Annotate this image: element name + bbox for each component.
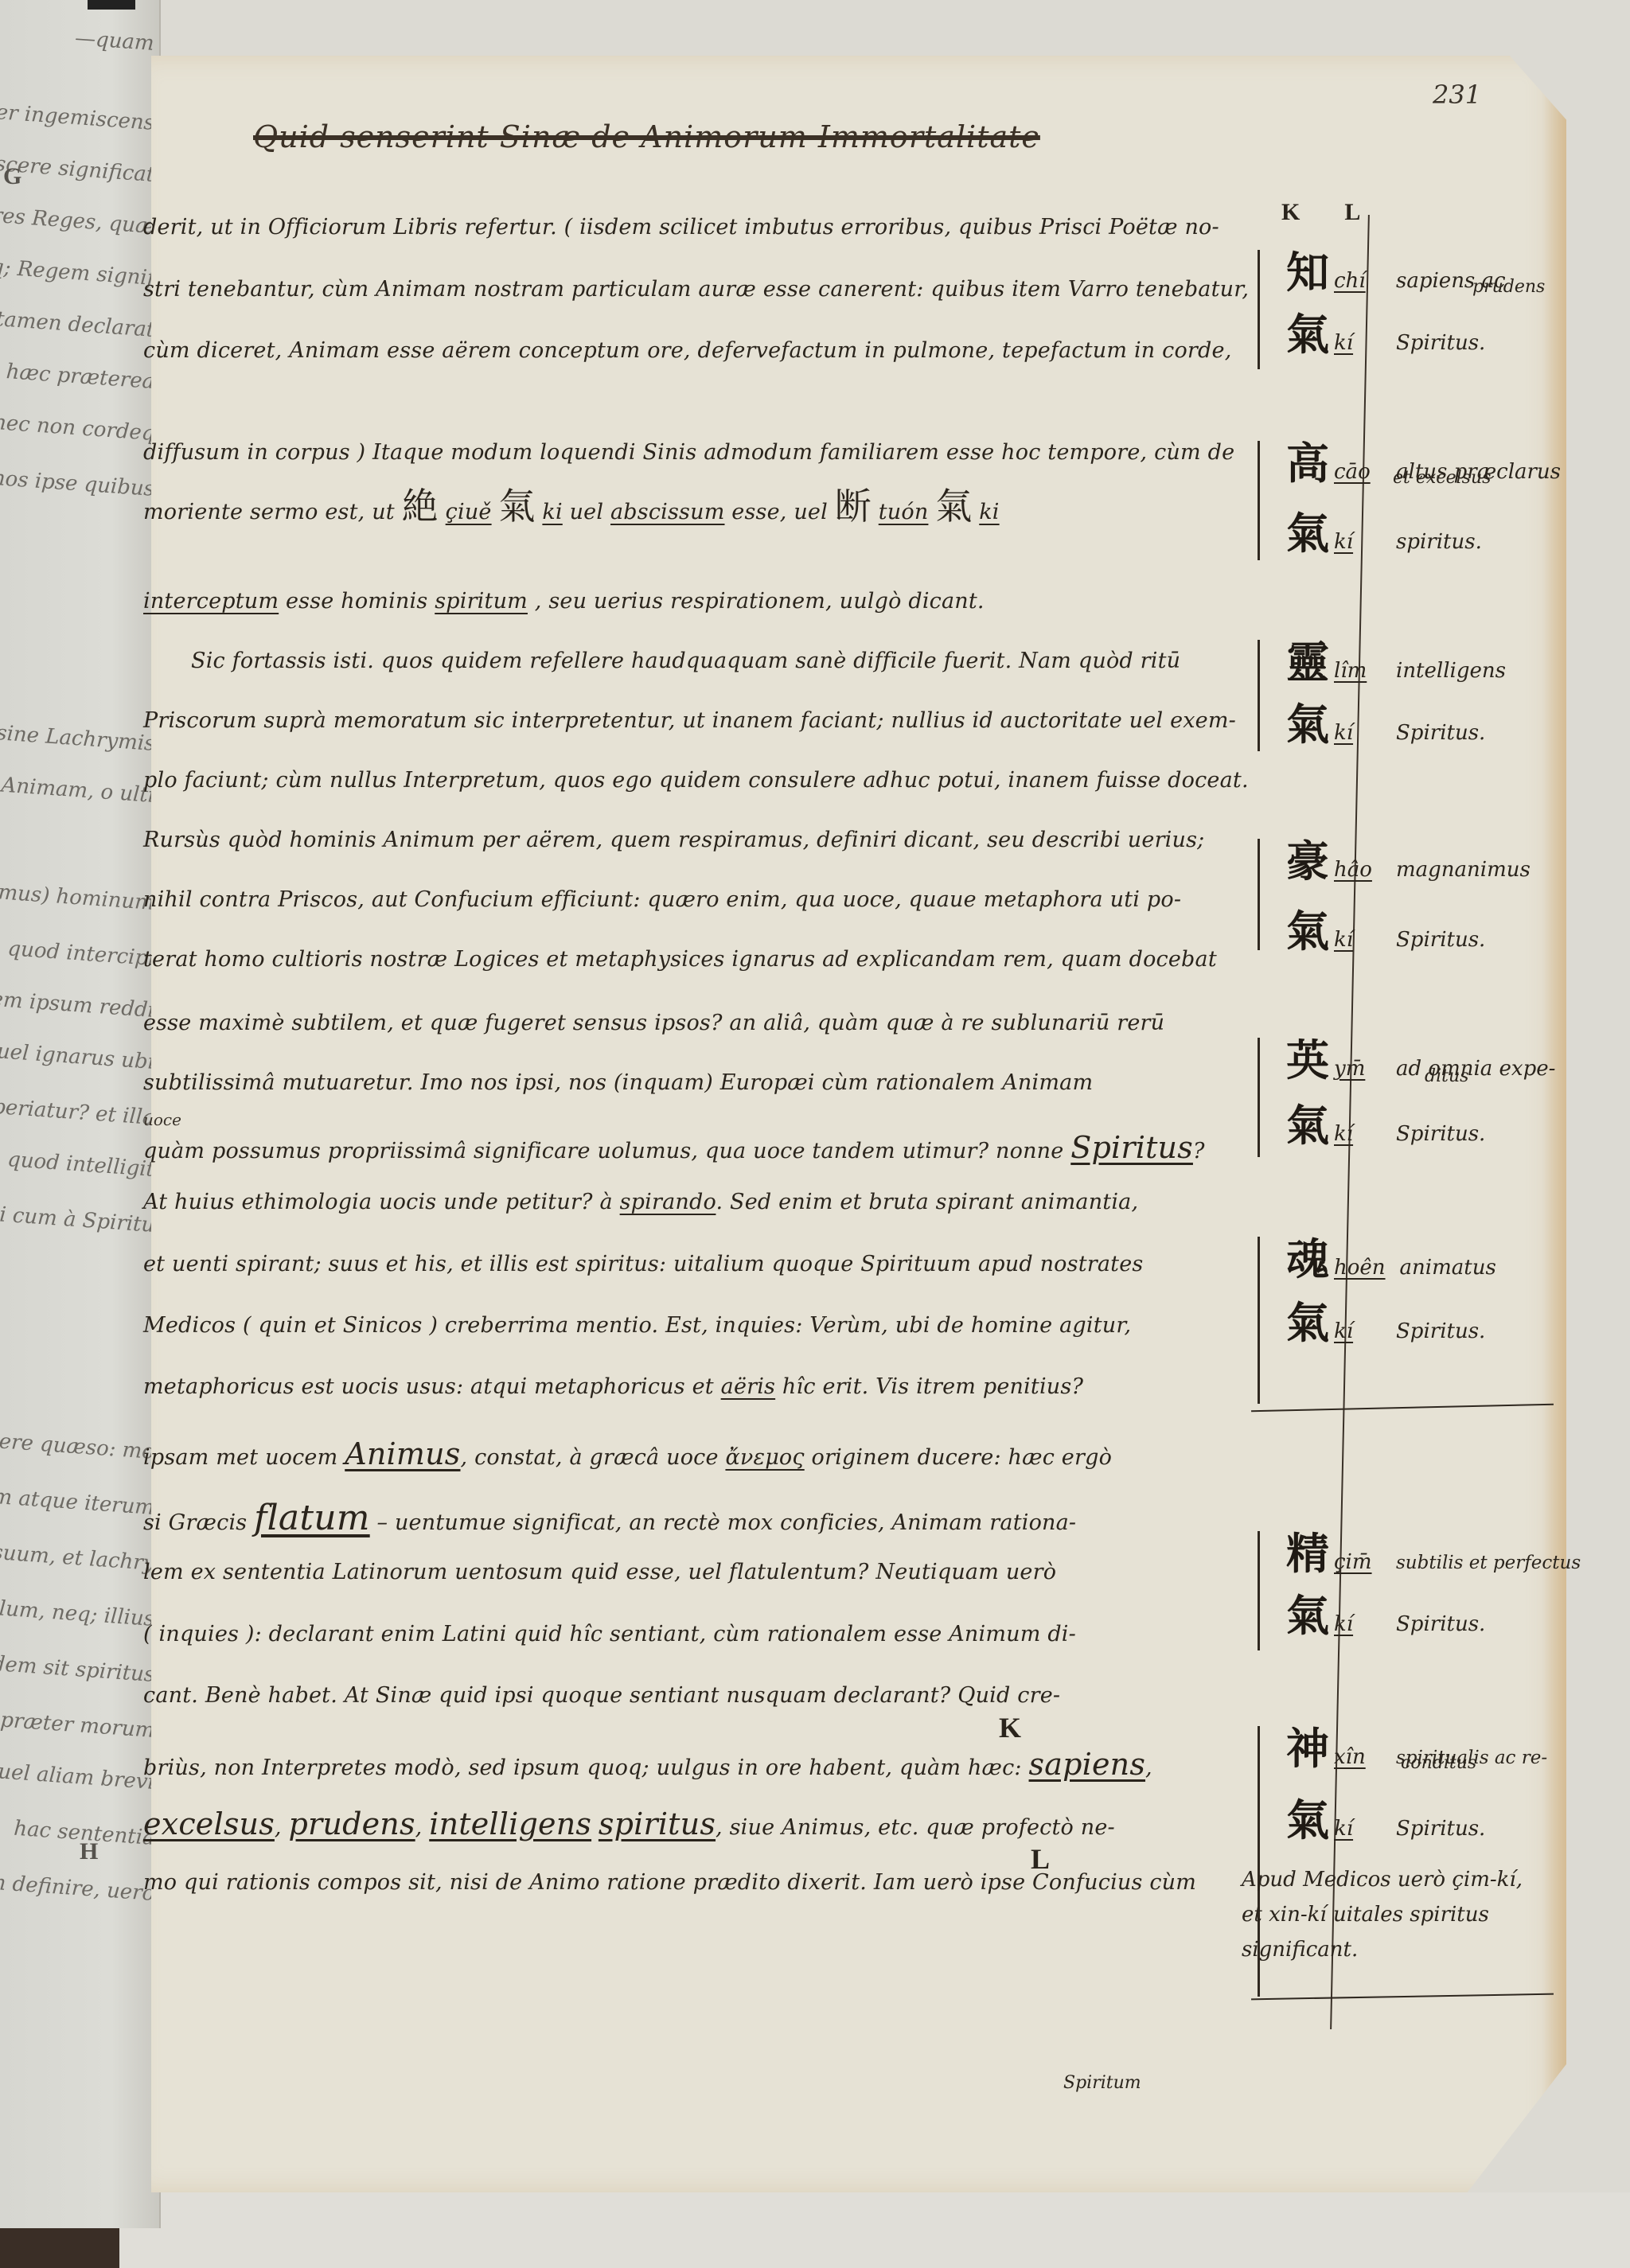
latin-gloss: Spiritus.: [1396, 331, 1485, 355]
romanization: tuón: [879, 500, 929, 524]
latin-gloss: Spiritus.: [1396, 928, 1485, 952]
text-span: At huius ethimologia uocis unde petitur?…: [143, 1190, 613, 1214]
facing-line: innocentia nec non cordeq: [0, 403, 155, 446]
chinese-character: 豪: [1242, 828, 1329, 889]
qi-character: 氣: [1242, 500, 1329, 561]
text-line: diffusum in corpus ) Itaque modum loquen…: [143, 440, 1234, 465]
facing-marker-g: G: [3, 163, 21, 190]
catchword: Spiritum: [1063, 2073, 1141, 2093]
chinese-character: 断: [835, 485, 872, 528]
text-line: lem ex sententia Latinorum uentosum quid…: [143, 1560, 1056, 1584]
romanization: kí: [1334, 530, 1382, 554]
reference-mark-k: K: [999, 1711, 1021, 1744]
facing-line: tum non agamus) hominum: [0, 871, 155, 915]
underlined-term: flatum: [254, 1498, 370, 1538]
gloss-header-l: L: [1344, 199, 1405, 225]
gloss-box-rule: [1251, 1404, 1554, 1413]
text-line: metaphoricus est uocis usus: atqui metap…: [143, 1374, 1083, 1399]
latin-gloss-cont: conditus: [1401, 1753, 1476, 1773]
latin-gloss-cont: et excelsus: [1393, 468, 1491, 488]
underlined-term: prudens: [289, 1806, 415, 1841]
text-line: stri tenebantur, cùm Animam nostram part…: [143, 277, 1249, 302]
facing-line: reperiatur? et illa: [0, 1093, 155, 1130]
facing-marker-h: H: [80, 1838, 98, 1865]
latin-gloss: ad omnia expe-: [1396, 1057, 1555, 1081]
text-span: moriente sermo est, ut: [143, 500, 395, 524]
chinese-character: 絶: [402, 485, 439, 528]
text-line: Medicos ( quin et Sinicos ) creberrima m…: [143, 1313, 1131, 1338]
romanization: kí: [1334, 331, 1382, 355]
latin-gloss: spiritus.: [1396, 530, 1482, 554]
facing-line: habitu, nec sine Lachrymis: [0, 712, 155, 756]
text-span: hîc erit. Vis itrem penitius?: [782, 1374, 1083, 1399]
romanization: kí: [1334, 1122, 1382, 1146]
facing-line: An enim quod intercipi: [0, 930, 155, 971]
underlined-term: spirando: [620, 1190, 716, 1214]
text-line: cant. Benè habet. At Sinæ quid ipsi quoq…: [143, 1683, 1060, 1708]
facing-line: in Aliena quoq; Regem signif: [0, 246, 155, 290]
gloss-box-rule: [1251, 1993, 1554, 2001]
qi-character: 氣: [1242, 691, 1329, 752]
chinese-character: 氣: [935, 485, 972, 528]
paragraph-start: Sic fortassis isti. quos quidem refeller…: [191, 649, 1180, 673]
facing-page: —quam Lachrymabiliter ingemiscens seu re…: [0, 0, 161, 2228]
text-span: metaphoricus est uocis usus: atqui metap…: [143, 1374, 714, 1399]
romanization: chí: [1334, 269, 1382, 293]
latin-gloss: Spiritus.: [1396, 1612, 1485, 1636]
text-line: quàm possumus propriissimâ significare u…: [143, 1130, 1205, 1165]
facing-line: uerit mos ipse quibus: [0, 462, 155, 501]
text-line-with-chinese: moriente sermo est, ut 絶 çiuě 氣 ki uel a…: [143, 477, 1000, 530]
chinese-character: 高: [1242, 430, 1329, 491]
binding-edge: [88, 0, 135, 10]
romanization: kí: [1334, 1817, 1382, 1841]
underlined-term: interceptum: [143, 589, 279, 614]
underlined-term: aëris: [721, 1374, 775, 1399]
text-span: esse, uel: [731, 500, 828, 524]
facing-line: idem sit spiritus: [0, 1651, 155, 1687]
gloss-note: Apud Medicos uerò çim-kí, et xin-kí uita…: [1242, 1862, 1560, 1967]
text-line: subtilissimâ mutuaretur. Imo nos ipsi, n…: [143, 1070, 1093, 1095]
text-span: uel: [570, 500, 604, 524]
note-line: Apud Medicos uerò çim-kí,: [1242, 1862, 1560, 1897]
text-line: mo qui rationis compos sit, nisi de Anim…: [143, 1870, 1196, 1895]
struck-title: Quid senserint Sinæ de Animorum Immortal…: [253, 119, 1040, 154]
text-span: esse hominis: [286, 589, 427, 614]
text-line: interceptum esse hominis spiritum , seu …: [143, 589, 985, 614]
text-line: cùm diceret, Animam esse aërem conceptum…: [143, 338, 1231, 363]
romanization: kí: [1334, 1612, 1382, 1636]
latin-gloss: intelligens: [1396, 659, 1506, 683]
underlined-term: excelsus: [143, 1806, 275, 1841]
facing-line: sic respondere quæso: mo: [0, 1421, 155, 1464]
facing-line: commendum atque iterum: [0, 1477, 155, 1520]
gloss-header-k: K: [1281, 199, 1344, 225]
facing-line: nonne uel ignarus ubi: [0, 1035, 155, 1074]
qi-character: 氣: [1242, 1289, 1329, 1350]
facing-line: præter morum: [0, 1708, 155, 1742]
chinese-character: 氣: [498, 485, 535, 528]
romanization: kí: [1334, 721, 1382, 745]
chinese-character: 精: [1242, 1520, 1329, 1581]
text-span: ,: [1145, 1756, 1152, 1780]
text-span: si Græcis: [143, 1510, 247, 1535]
romanization: ki: [542, 500, 562, 524]
latin-gloss: subtilis et perfectus: [1396, 1553, 1581, 1573]
underlined-term: spiritum: [435, 589, 528, 614]
text-line: si Græcis flatum – uentumue significat, …: [143, 1498, 1076, 1538]
text-line: Rursùs quòd hominis Animum per aërem, qu…: [143, 828, 1204, 852]
facing-line: quam præsens hæc præterea: [0, 349, 155, 394]
underlined-term: sapiens: [1029, 1747, 1146, 1782]
text-line: terat homo cultioris nostræ Logices et m…: [143, 947, 1217, 972]
text-line: briùs, non Interpretes modò, sed ipsum q…: [143, 1747, 1152, 1782]
text-span: ?: [1193, 1139, 1205, 1163]
text-span: quàm possumus propriissimâ significare u…: [143, 1139, 1063, 1163]
underlined-term: intelligens: [429, 1806, 591, 1841]
latin-gloss: animatus: [1400, 1256, 1496, 1280]
latin-gloss-cont: ditus: [1425, 1066, 1468, 1086]
romanization: lîm: [1334, 659, 1382, 683]
interlinear-insertion: uoce: [143, 1110, 181, 1129]
facing-line: seu reminiscere significat: [0, 144, 155, 187]
facing-line: animus, quod intelligit: [0, 1141, 155, 1182]
text-span: briùs, non Interpretes modò, sed ipsum q…: [143, 1756, 1022, 1780]
qi-character: 氣: [1242, 1092, 1329, 1153]
romanization: çim̄: [1334, 1550, 1382, 1574]
text-line: At huius ethimologia uocis unde petitur?…: [143, 1190, 1138, 1214]
underlined-term: spiritus: [599, 1806, 716, 1841]
text-line: excelsus, prudens, intelligens spiritus,…: [143, 1806, 1115, 1841]
text-line: ipsam met uocem Animus, constat, à græcâ…: [143, 1436, 1112, 1471]
note-line: significant.: [1242, 1932, 1560, 1967]
facing-line: non obscurè tamen declarat: [0, 298, 155, 342]
text-span: , seu uerius respirationem, uulgò dicant…: [535, 589, 985, 614]
gloss-column: KL 知 chí sapiens ac prudens 氣 kí Spiritu…: [1242, 199, 1576, 2029]
romanization: ym̄: [1334, 1057, 1382, 1081]
latin-gloss: Spiritus.: [1396, 1122, 1485, 1146]
romanization: kí: [1334, 1319, 1382, 1343]
gloss-header: KL: [1281, 199, 1405, 226]
facing-fragment: —quam: [75, 26, 155, 56]
romanization: çiuě: [446, 500, 492, 524]
qi-character: 氣: [1242, 898, 1329, 959]
facing-line: dolorem suum, et lachry: [0, 1534, 155, 1576]
text-span: , siue Animus, etc. quæ profectò ne-: [716, 1815, 1115, 1840]
romanization: cāo: [1334, 460, 1382, 484]
romanization: hâo: [1334, 858, 1382, 882]
text-line: et uenti spirant; suus et his, et illis …: [143, 1252, 1143, 1276]
text-line: esse maximè subtilem, et quæ fugeret sen…: [143, 1011, 1164, 1035]
latin-gloss: Spiritus.: [1396, 1817, 1485, 1841]
latin-gloss: Spiritus.: [1396, 1319, 1485, 1343]
qi-character: 氣: [1242, 301, 1329, 362]
romanization: ki: [979, 500, 999, 524]
facing-line: alum, neq; illius: [0, 1596, 155, 1631]
facing-line: fugientem Animam, o ulti: [0, 766, 155, 808]
underlined-term: abscissum: [610, 500, 725, 524]
text-span: – uentumue significat, an rectè mox conf…: [376, 1510, 1076, 1535]
chinese-character: 神: [1242, 1715, 1329, 1776]
text-line: derit, ut in Officiorum Libris refertur.…: [143, 215, 1219, 240]
page-number: 231: [1433, 80, 1481, 110]
text-line: nihil contra Priscos, aut Confucium effi…: [143, 887, 1181, 912]
qi-character: 氣: [1242, 1787, 1329, 1848]
romanization: kí: [1334, 928, 1382, 952]
latin-gloss: Spiritus.: [1396, 721, 1485, 745]
chinese-character: 魂: [1242, 1226, 1329, 1287]
chinese-character: 靈: [1242, 629, 1329, 690]
text-line: ( inquies ): declarant enim Latini quid …: [143, 1622, 1076, 1646]
text-span: , constat, à græcâ uoce: [461, 1445, 719, 1470]
facing-line: uel aliam brevi: [0, 1759, 155, 1795]
romanization: hoên: [1334, 1256, 1386, 1280]
facing-line: ficem definire, uero: [0, 1868, 155, 1906]
facing-line: Lachrymabiliter ingemiscens: [0, 90, 155, 135]
text-line: plo faciunt; cùm nullus Interpretum, quo…: [143, 768, 1249, 793]
latin-gloss: magnanimus: [1396, 858, 1531, 882]
chinese-character: 英: [1242, 1027, 1329, 1088]
note-line: et xin-kí uitales spiritus: [1242, 1897, 1560, 1932]
text-span: . Sed enim et bruta spirant animantia,: [716, 1190, 1138, 1214]
latin-gloss-cont: prudens: [1472, 277, 1545, 297]
underlined-term: Spiritus: [1070, 1130, 1193, 1165]
underlined-term: Animus: [345, 1436, 460, 1471]
romanization: xîn: [1334, 1745, 1382, 1769]
text-span: ipsam met uocem: [143, 1445, 337, 1470]
facing-line: constat, idem ipsum reddi: [0, 980, 155, 1023]
scan-backdrop: [119, 2192, 1630, 2268]
qi-character: 氣: [1242, 1582, 1329, 1643]
chinese-character: 知: [1242, 239, 1329, 300]
facing-line: corporis, qui cum à Spiritu: [0, 1194, 155, 1237]
greek-term: ἄνεμος: [725, 1445, 804, 1470]
text-span: originem ducere: hæc ergò: [812, 1445, 1113, 1470]
text-line: Priscorum suprà memoratum sic interprete…: [143, 708, 1236, 733]
facing-line: dicit: Saniores Reges, quæ: [0, 195, 155, 239]
